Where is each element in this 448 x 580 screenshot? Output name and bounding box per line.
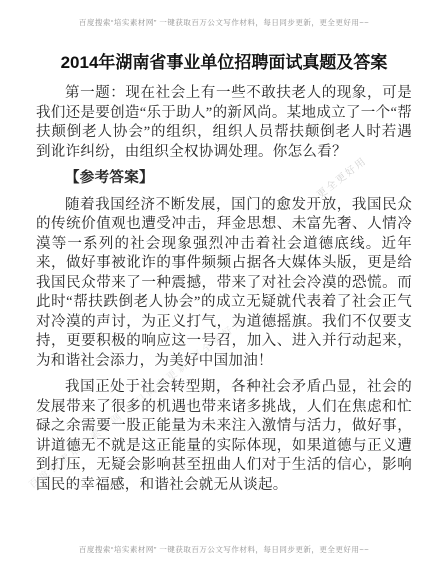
document-body: 第一题：现在社会上有一些不敢扶老人的现象，可是我们还是要创造“乐于助人”的新风尚… [36,84,412,502]
page-title: 2014年湖南省事业单位招聘面试真题及答案 [0,48,448,73]
answer-paragraph-2: 我国正处于社会转型期，各种社会矛盾凸显，社会的发展带来了很多的机遇也带来诸多挑战… [36,378,412,495]
document-page: 百度搜索“培实素材网” 一键获取百万公文写作材料，每日同步更新，更全更好用~~ … [0,0,448,580]
reference-answer-label: 【参考答案】 [36,169,412,189]
question-paragraph: 第一题：现在社会上有一些不敢扶老人的现象，可是我们还是要创造“乐于助人”的新风尚… [36,84,412,162]
footer-watermark-text: 百度搜索“培实素材网” 一键获取百万公文写作材料，每日同步更新，更全更好用~~ [0,544,448,555]
header-watermark-text: 百度搜索“培实素材网” 一键获取百万公文写作材料，每日同步更新，更全更好用~~ [0,17,448,28]
answer-paragraph-1: 随着我国经济不断发展，国门的愈发开放，我国民众的传统价值观也遭受冲击，拜金思想、… [36,196,412,372]
